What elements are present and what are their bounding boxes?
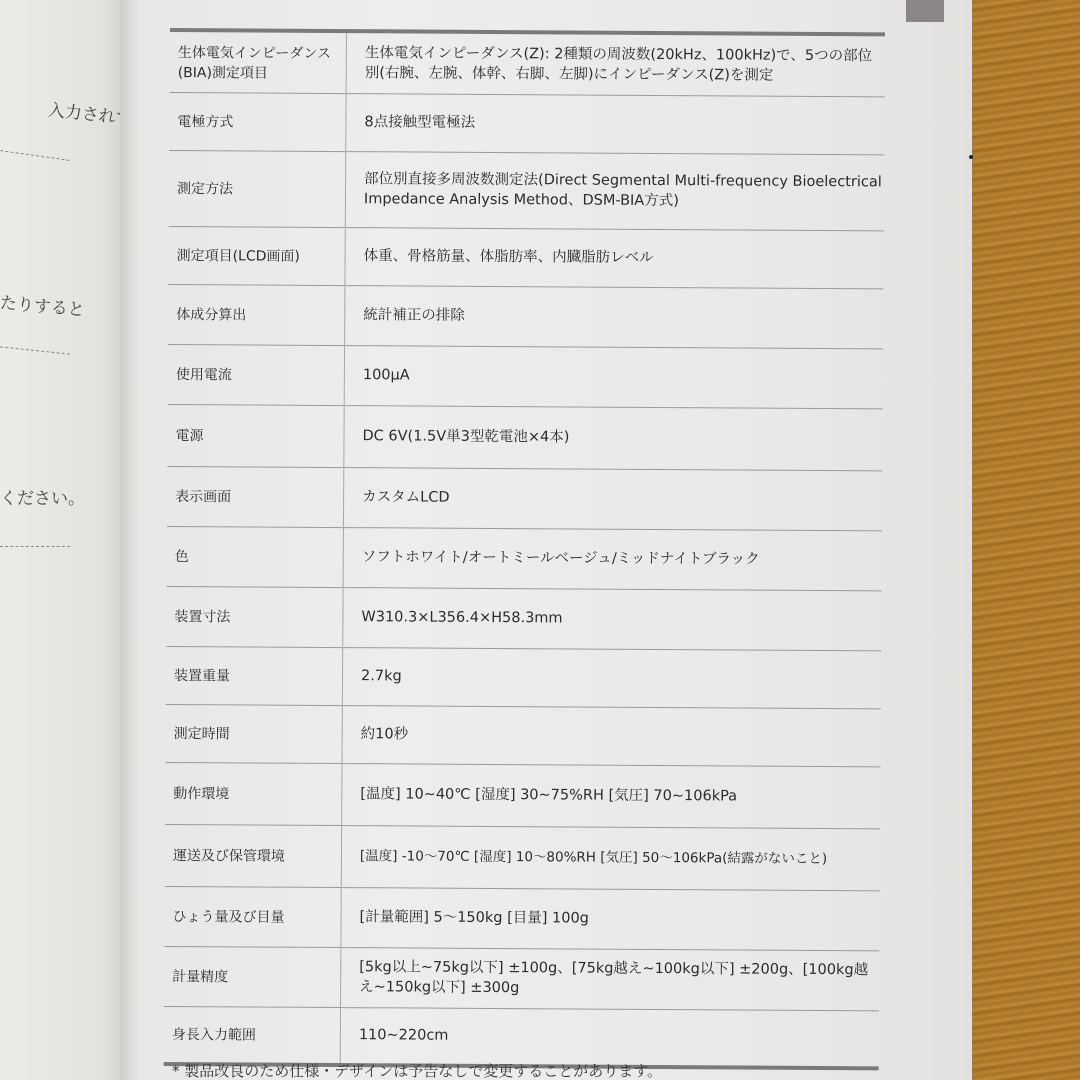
spec-label: 電極方式 — [169, 92, 346, 151]
spec-value: 100μA — [344, 345, 883, 408]
table-row: 運送及び保管環境 [温度] -10～70℃ [湿度] 10～80%RH [気圧]… — [165, 824, 880, 890]
spec-value: カスタムLCD — [343, 467, 882, 530]
spec-label: 表示画面 — [167, 466, 344, 527]
spec-value: 8点接触型電極法 — [346, 93, 885, 154]
table-row: 装置重量 2.7kg — [166, 646, 881, 708]
spec-value: 生体電気インピーダンス(Z): 2種類の周波数(20kHz、100kHz)で、5… — [346, 31, 885, 96]
table-row: 色 ソフトホワイト/オートミールベージュ/ミッドナイトブラック — [167, 526, 882, 590]
table-row: 測定項目(LCD画面) 体重、骨格筋量、体脂肪率、内臓脂肪レベル — [168, 226, 883, 288]
spec-label: 身長入力範囲 — [164, 1006, 341, 1065]
spec-value: 体重、骨格筋量、体脂肪率、内臓脂肪レベル — [345, 227, 884, 288]
table-row: 動作環境 [温度] 10~40℃ [湿度] 30~75%RH [気圧] 70~1… — [165, 762, 880, 828]
spec-value: 部位別直接多周波数測定法(Direct Segmental Multi-freq… — [345, 151, 884, 230]
table-row: 計量精度 [5kg以上~75kg以下] ±100g、[75kg越え~100kg以… — [164, 946, 879, 1010]
spec-value: DC 6V(1.5V単3型乾電池×4本) — [344, 405, 883, 470]
spec-value: [温度] -10～70℃ [湿度] 10～80%RH [気圧] 50～106kP… — [341, 825, 880, 890]
spec-value: ソフトホワイト/オートミールベージュ/ミッドナイトブラック — [343, 527, 882, 590]
spec-value: [5kg以上~75kg以下] ±100g、[75kg越え~100kg以下] ±2… — [341, 947, 880, 1010]
wood-table-background — [970, 0, 1080, 1080]
table-row: 電極方式 8点接触型電極法 — [169, 92, 884, 154]
spec-value: [計量範囲] 5～150kg [目量] 100g — [341, 887, 880, 950]
spec-label: 装置寸法 — [166, 586, 343, 647]
dashed-divider — [0, 150, 69, 161]
dashed-divider — [0, 546, 70, 547]
left-page-text-fragment: ください。 — [0, 484, 85, 509]
table-row: 使用電流 100μA — [168, 344, 883, 408]
spec-label: 動作環境 — [165, 762, 342, 825]
spec-label: 測定時間 — [166, 704, 343, 763]
table-row: 測定時間 約10秒 — [166, 704, 881, 766]
spec-label: 測定項目(LCD画面) — [168, 226, 345, 285]
spec-label: 生体電気インピーダンス(BIA)測定項目 — [170, 30, 347, 93]
spec-label: 運送及び保管環境 — [165, 824, 342, 887]
spec-label: ひょう量及び目量 — [164, 886, 341, 947]
table-row: 生体電気インピーダンス(BIA)測定項目 生体電気インピーダンス(Z): 2種類… — [170, 30, 885, 96]
dashed-divider — [0, 346, 70, 354]
spec-table: 生体電気インピーダンス(BIA)測定項目 生体電気インピーダンス(Z): 2種類… — [164, 28, 885, 1070]
spec-value: 2.7kg — [342, 647, 881, 708]
left-page: 入力されて たりすると ください。 — [0, 0, 120, 1080]
spec-label: 電源 — [167, 404, 344, 467]
table-row: 表示画面 カスタムLCD — [167, 466, 882, 530]
spec-label: 使用電流 — [168, 344, 345, 405]
spec-label: 装置重量 — [166, 646, 343, 705]
page-edge-dot — [969, 155, 973, 159]
spec-label: 計量精度 — [164, 946, 341, 1007]
spec-label: 体成分算出 — [168, 284, 345, 345]
left-page-text-fragment: たりすると — [0, 288, 86, 320]
table-row: 装置寸法 W310.3×L356.4×H58.3mm — [166, 586, 881, 650]
table-row: 身長入力範囲 110~220cm — [164, 1006, 879, 1068]
spec-value: 統計補正の排除 — [345, 285, 884, 348]
spec-value: W310.3×L356.4×H58.3mm — [343, 587, 882, 650]
spec-value: 約10秒 — [342, 705, 881, 766]
footnote: * 製品改良のため仕様・デザインは予告なしで変更することがあります。 — [172, 1060, 662, 1080]
table-row: 測定方法 部位別直接多周波数測定法(Direct Segmental Multi… — [169, 150, 884, 230]
table-row: 電源 DC 6V(1.5V単3型乾電池×4本) — [167, 404, 882, 470]
spec-value: [温度] 10~40℃ [湿度] 30~75%RH [気圧] 70~106kPa — [342, 763, 881, 828]
page-tab-marker — [906, 0, 944, 22]
left-page-text-fragment: 入力されて — [47, 96, 120, 130]
spec-label: 測定方法 — [169, 150, 346, 227]
table-row: 体成分算出 統計補正の排除 — [168, 284, 883, 348]
spec-label: 色 — [167, 526, 344, 587]
table-row: ひょう量及び目量 [計量範囲] 5～150kg [目量] 100g — [164, 886, 879, 950]
